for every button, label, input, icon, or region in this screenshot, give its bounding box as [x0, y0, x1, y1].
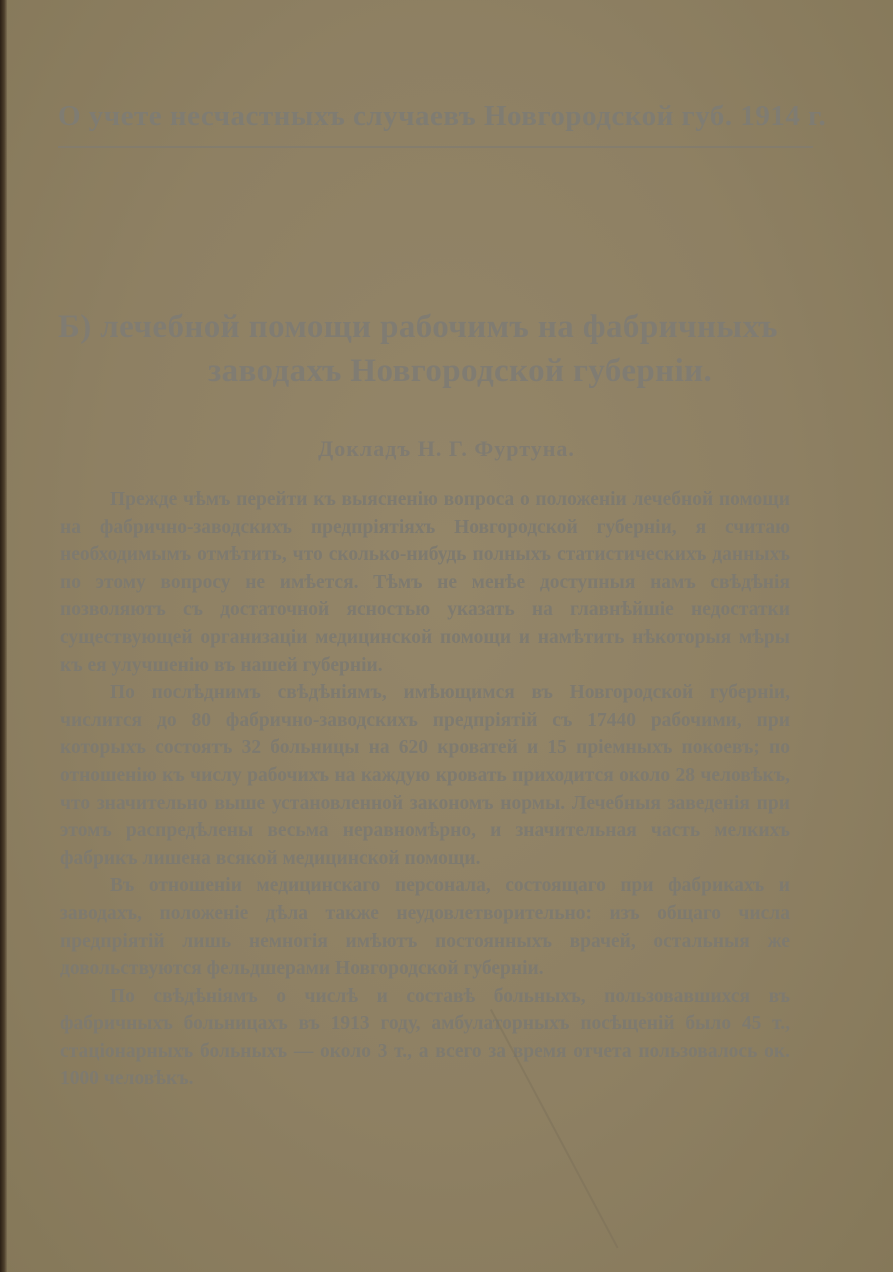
author-line: Докладъ Н. Г. Фуртуна. [0, 436, 893, 462]
article-title: Б) лечебной помощи рабочимъ на фабричных… [58, 305, 798, 393]
page-binding-edge [0, 0, 7, 1272]
paragraph: Прежде чѣмъ перейти къ выясненію вопроса… [60, 486, 790, 679]
document-page: О учете несчастныхъ случаевъ Новгородско… [0, 0, 893, 1272]
title-line-1: Б) лечебной помощи рабочимъ на фабричных… [58, 309, 778, 345]
paragraph: По свѣдѣніямъ о числѣ и составѣ больныхъ… [60, 983, 790, 1093]
header-rule [58, 146, 813, 148]
paragraph: По послѣднимъ свѣдѣніямъ, имѣющимся въ Н… [60, 679, 790, 872]
running-header: О учете несчастныхъ случаевъ Новгородско… [58, 100, 818, 133]
article-body: Прежде чѣмъ перейти къ выясненію вопроса… [60, 486, 790, 1093]
paragraph: Въ отношеніи медицинскаго персонала, сос… [60, 872, 790, 982]
title-line-2: заводахъ Новгородской губерніи. [58, 349, 798, 393]
